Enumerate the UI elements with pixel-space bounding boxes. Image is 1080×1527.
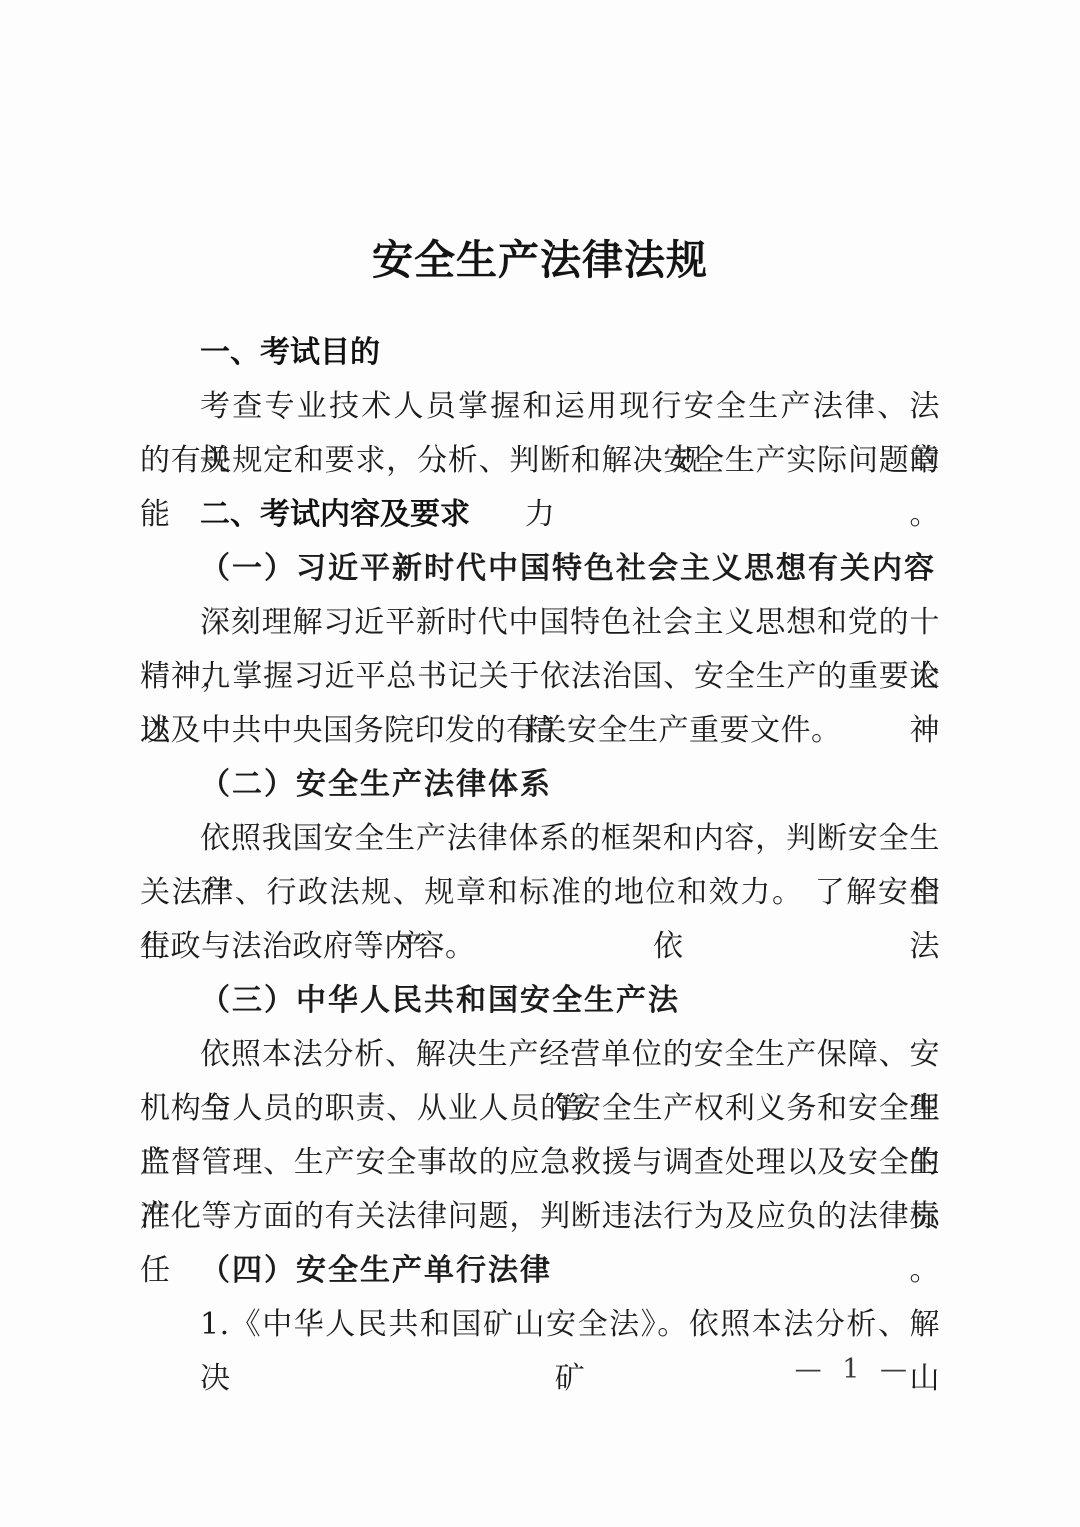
body-line: 机构与人员的职责、从业人员的安全生产权利义务和安全生产的: [140, 1082, 940, 1136]
subsection-heading: （一）习近平新时代中国特色社会主义思想有关内容: [140, 542, 940, 596]
body-line: 1.《中华人民共和国矿山安全法》。依照本法分析、解决矿山: [140, 1298, 940, 1352]
document-body: 一、考试目的考查专业技术人员掌握和运用现行安全生产法律、法规、规章的有关规定和要…: [140, 326, 940, 1352]
subsection-heading: （三）中华人民共和国安全生产法: [140, 974, 940, 1028]
subsection-heading: （二）安全生产法律体系: [140, 758, 940, 812]
section-heading: 一、考试目的: [140, 326, 940, 380]
body-line: 深刻理解习近平新时代中国特色社会主义思想和党的十九大: [140, 596, 940, 650]
body-line: 关法律、行政法规、规章和标准的地位和效力。 了解安全生产依法: [140, 866, 940, 920]
page-number: — 1 —: [795, 1352, 913, 1388]
body-line: 依照我国安全生产法律体系的框架和内容，判断安全生产相: [140, 812, 940, 866]
body-line: 考查专业技术人员掌握和运用现行安全生产法律、法规、规章: [140, 380, 940, 434]
body-line: 监督管理、生产安全事故的应急救援与调查处理以及安全生产标: [140, 1136, 940, 1190]
page-title: 安全生产法律法规: [0, 234, 1080, 286]
body-line: 精神，掌握习近平总书记关于依法治国、安全生产的重要论述精神: [140, 650, 940, 704]
body-line: 准化等方面的有关法律问题，判断违法行为及应负的法律责任。: [140, 1190, 940, 1244]
document-page: 安全生产法律法规 一、考试目的考查专业技术人员掌握和运用现行安全生产法律、法规、…: [0, 0, 1080, 1527]
body-line: 依照本法分析、解决生产经营单位的安全生产保障、安全管理: [140, 1028, 940, 1082]
body-line: 以及中共中央国务院印发的有关安全生产重要文件。: [140, 704, 940, 758]
body-line: 的有关规定和要求，分析、判断和解决安全生产实际问题的能力。: [140, 434, 940, 488]
